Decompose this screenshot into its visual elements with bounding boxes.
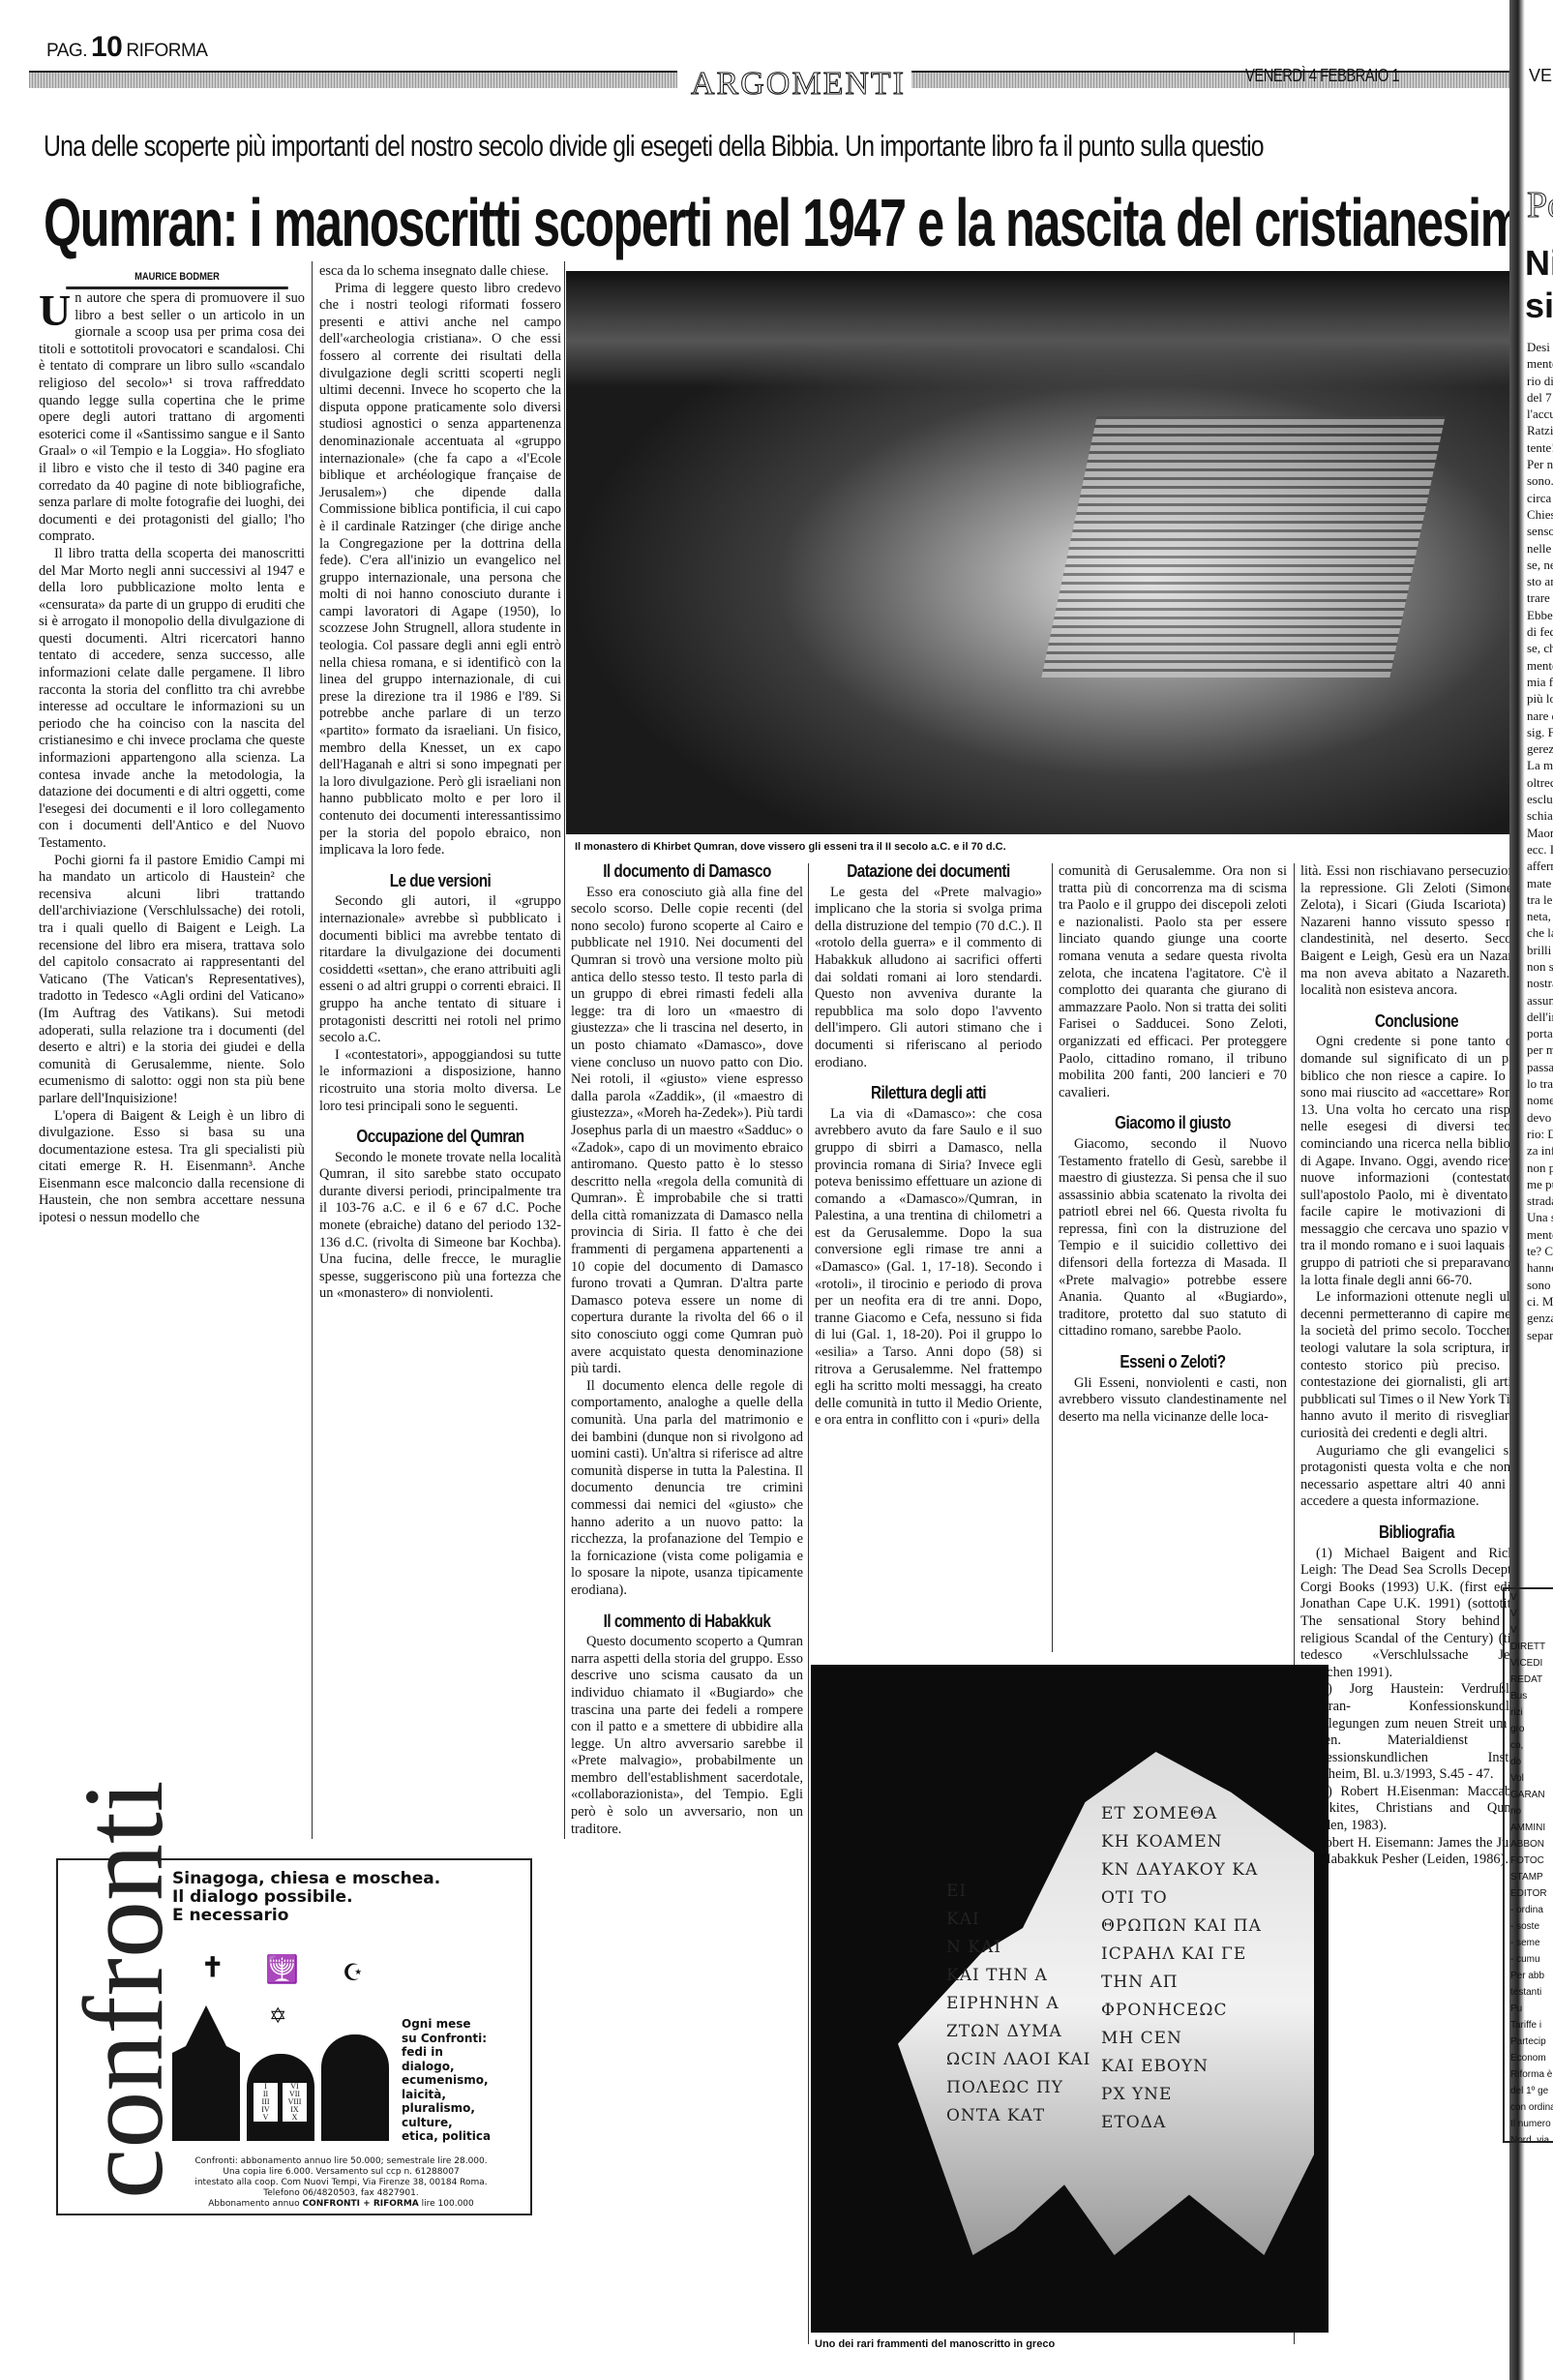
greek-manuscript-photo: ΕΙΚΑΙΝ ΚΑΙΚΑΙ ΤΗΝ ΑΕΙΡΗΝΗΝ ΑΖΤΩΝ ΔΥΜΑΩCΙ… [811,1665,1329,2333]
paragraph: Il documento elenca delle regole di comp… [571,1378,803,1600]
byline: MAURICE BODMER [66,271,288,289]
header-rule-right [905,71,1509,88]
paragraph: Prima di leggere questo libro credevo ch… [319,281,561,859]
column-5: comunità di Gerusalemme. Ora non si trat… [1059,863,1287,1426]
paragraph: Giacomo, secondo il Nuovo Testamento fra… [1059,1136,1287,1341]
adjacent-headline-fragment: Nie sinc [1525,242,1553,327]
confronti-logo: confronti [58,1780,190,2199]
adjacent-column-fragment: Desimenterio di Tdel 7 gl'accusRatzingte… [1527,339,1553,1343]
cross-icon: ✝ [201,1955,224,1982]
paragraph: Secondo le monete trovate nella località… [319,1150,561,1303]
subheading-essenes: Esseni o Zeloti? [1076,1354,1270,1371]
photo-caption: Il monastero di Khirbet Qumran, dove vis… [575,841,1006,853]
paragraph: Auguriamo che gli evangelici siano prota… [1300,1443,1533,1511]
bibliography-entry: Robert H. Eisemann: James the Just in th… [1300,1835,1533,1869]
adjacent-date-fragment: VENE [1529,66,1553,86]
column-1: Un autore che spera di promuovere il suo… [39,290,305,1227]
greek-text-left: ΕΙΚΑΙΝ ΚΑΙΚΑΙ ΤΗΝ ΑΕΙΡΗΝΗΝ ΑΖΤΩΝ ΔΥΜΑΩCΙ… [946,1878,1090,2130]
column-divider [312,261,313,1839]
photo-ruins [1041,416,1445,678]
confronti-advertisement[interactable]: confronti Sinagoga, chiesa e moschea. Il… [56,1858,532,2215]
column-3: Il documento di Damasco Esso era conosci… [571,863,803,1838]
tablet-right: VIVIIVIIIIXX [283,2083,307,2122]
dropcap: U [39,292,71,329]
paragraph: L'opera di Baigent & Leigh è un libro di… [39,1108,305,1227]
crescent-icon: ☪ [343,1962,364,1985]
issue-date: VENERDÌ 4 FEBBRAIO 1 [1245,66,1399,86]
column-divider [564,261,565,1839]
qumran-ruins-photo [566,271,1538,834]
bibliography-entry: (1) Michael Baigent and Richard Leigh: T… [1300,1546,1533,1682]
page-folio: PAG.10RIFORMA [46,31,207,64]
paragraph: Le informazioni ottenute negli ultimi de… [1300,1289,1533,1442]
star-of-david-icon: ✡ [269,2005,286,2027]
ad-side-text: Ogni mesesu Confronti:fedi indialogo,ecu… [402,2017,491,2144]
column-4: Datazione dei documenti Le gesta del «Pr… [815,863,1042,1430]
paragraph: Ogni credente si pone tanto delle domand… [1300,1034,1533,1289]
mosque-icon [321,2034,389,2141]
adjacent-masthead-fragment: VVVDIRETTVICEDIREDATBusrizigroco,doVolGA… [1503,1587,1553,2143]
header-rule-left [29,71,677,88]
page-label: PAG. [46,41,87,61]
bibliography-entry: (2) Jorg Haustein: Verdrußliche Qumran- … [1300,1681,1533,1784]
paragraph: lità. Essi non rischiavano persecuzione … [1300,863,1533,1000]
ad-headline: Sinagoga, chiesa e moschea. Il dialogo p… [172,1870,440,1925]
paragraph: comunità di Gerusalemme. Ora non si trat… [1059,863,1287,1101]
article-kicker: Una delle scoperte più importanti del no… [44,129,1264,164]
ad-subscription-info: Confronti: abbonamento annuo lire 50.000… [155,2156,527,2210]
photo-cliffs [566,271,1538,387]
greek-text-right: ΕΤ ΣΟΜΕΘΑΚΗ ΚΟΑΜΕΝΚΝ ΔΑΥΑΚΟΥ ΚΑΟΤΙ ΤΟΘΡΩ… [1101,1800,1262,2137]
paragraph: Secondo gli autori, il «gruppo internazi… [319,893,561,1046]
paragraph: I «contestatori», appoggiandosi su tutte… [319,1047,561,1115]
paragraph: Pochi giorni fa il pastore Emidio Campi … [39,853,305,1108]
column-2: esca da lo schema insegnato dalle chiese… [319,263,561,1303]
subheading-rereading: Rilettura degli atti [832,1085,1026,1102]
subheading-damascus: Il documento di Damasco [588,863,786,881]
column-divider [1052,863,1053,1652]
subheading-james: Giacomo il giusto [1076,1115,1270,1132]
column-divider [808,863,809,2344]
tablet-left: IIIIIIIVV [254,2083,278,2122]
page-number: 10 [91,31,122,63]
menorah-icon: 🕎 [265,1957,299,1984]
subheading-occupation: Occupazione del Qumran [338,1129,544,1146]
paragraph: n autore che spera di promuovere il suo … [39,290,305,544]
paragraph: esca da lo schema insegnato dalle chiese… [319,263,561,281]
paragraph: Il libro tratta della scoperta dei manos… [39,546,305,853]
subheading-conclusion: Conclusione [1318,1013,1515,1031]
subheading-dating: Datazione dei documenti [832,863,1026,881]
paragraph: Le gesta del «Prete malvagio» implicano … [815,885,1042,1072]
section-title: ARGOMENTI [685,66,911,103]
article-headline: Qumran: i manoscritti scoperti nel 1947 … [44,184,1522,261]
paragraph: Esso era conosciuto già alla fine del se… [571,885,803,1378]
paragraph: La via di «Damasco»: che cosa avrebbero … [815,1106,1042,1430]
adjacent-section-fragment: Po [1527,184,1553,226]
publication-name: RIFORMA [126,41,207,61]
bibliography-entry: (3) Robert H.Eisenman: Maccabees, Zadoki… [1300,1784,1533,1835]
subheading-versions: Le due versioni [338,873,544,890]
column-6: lità. Essi non rischiavano persecuzione … [1300,863,1533,1869]
subheading-habakkuk: Il commento di Habakkuk [588,1613,786,1631]
paragraph: Gli Esseni, nonviolenti e casti, non avr… [1059,1375,1287,1427]
paragraph: Questo documento scoperto a Qumran narra… [571,1634,803,1838]
photo-caption: Uno dei rari frammenti del manoscritto i… [815,2338,1055,2350]
subheading-bibliography: Bibliografia [1318,1524,1515,1542]
